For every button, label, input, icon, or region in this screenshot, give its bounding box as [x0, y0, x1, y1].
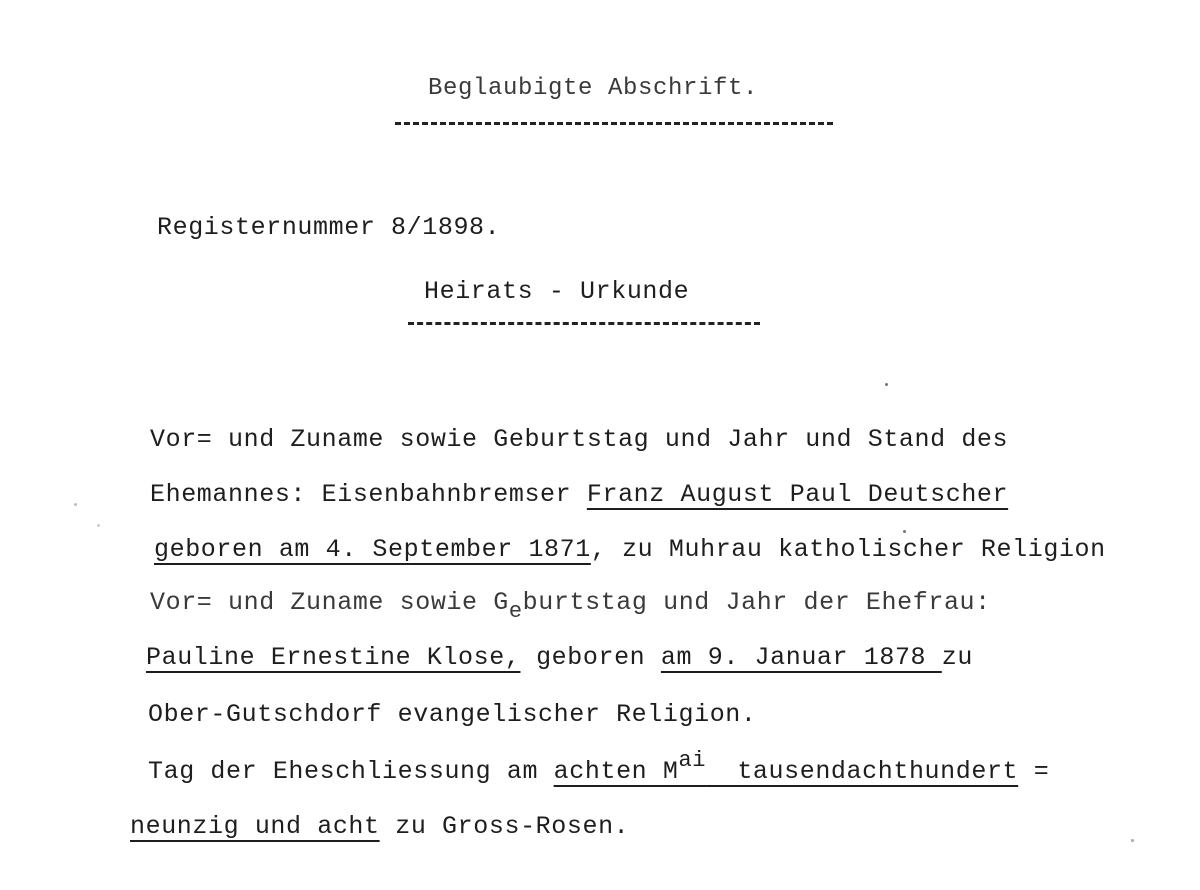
text-line-husband-birth: geboren am 4. September 1871, zu Muhrau … [154, 535, 1106, 565]
marriage-label: Tag der Eheschliessung am [148, 757, 554, 786]
marriage-day-month: achten M [554, 757, 679, 786]
marriage-year-part2: neunzig und acht [130, 812, 380, 841]
husband-birthdate: geboren am 4. September 1871 [154, 535, 591, 564]
wife-label-part2: burtstag und Jahr der Ehefrau: [523, 588, 991, 617]
scan-speck [97, 524, 100, 527]
wife-label-part1: Vor= und Zuname sowie G [150, 588, 509, 617]
husband-name: Franz August Paul Deutscher [587, 480, 1008, 509]
text-line-wife-birthplace: Ober-Gutschdorf evangelischer Religion. [148, 700, 757, 730]
wife-name: Pauline Ernestine Klose, [146, 643, 520, 672]
document-title: Beglaubigte Abschrift. [428, 74, 758, 104]
marriage-year-part1: tausendachthundert [706, 757, 1018, 786]
scanned-document-page: Beglaubigte Abschrift. Registernummer 8/… [0, 0, 1200, 890]
scan-speck [903, 530, 906, 533]
wife-zu-text: zu [942, 643, 973, 672]
husband-birthplace-religion: , zu Muhrau katholischer Religion [591, 535, 1106, 564]
text-line-wife-name: Pauline Ernestine Klose, geboren am 9. J… [146, 643, 973, 673]
text-line-husband-label: Vor= und Zuname sowie Geburtstag und Jah… [150, 425, 1008, 455]
text-line-husband-name: Ehemannes: Eisenbahnbremser Franz August… [150, 480, 1008, 510]
scan-speck [885, 383, 888, 386]
certificate-heading: Heirats - Urkunde [424, 277, 689, 307]
text-line-marriage-place: neunzig und acht zu Gross-Rosen. [130, 812, 629, 842]
wife-label-sub: e [509, 599, 523, 624]
title-underline [395, 122, 833, 125]
text-line-marriage-date: Tag der Eheschliessung am achten Mai tau… [148, 757, 1049, 788]
heading-underline [408, 322, 760, 325]
month-superscript: ai [679, 748, 707, 773]
scan-speck [74, 503, 77, 506]
register-number: Registernummer 8/1898. [157, 213, 500, 243]
scan-speck [1131, 839, 1134, 842]
text-line-wife-label: Vor= und Zuname sowie Geburtstag und Jah… [150, 588, 991, 619]
marriage-place: zu Gross-Rosen. [380, 812, 630, 841]
marriage-date-part1: achten Mai tausendachthundert [554, 757, 1019, 786]
wife-born-text: geboren [520, 643, 660, 672]
continuation-mark: = [1018, 757, 1049, 786]
occupation-text: Ehemannes: Eisenbahnbremser [150, 480, 587, 509]
wife-birthdate: am 9. Januar 1878 [661, 643, 942, 672]
